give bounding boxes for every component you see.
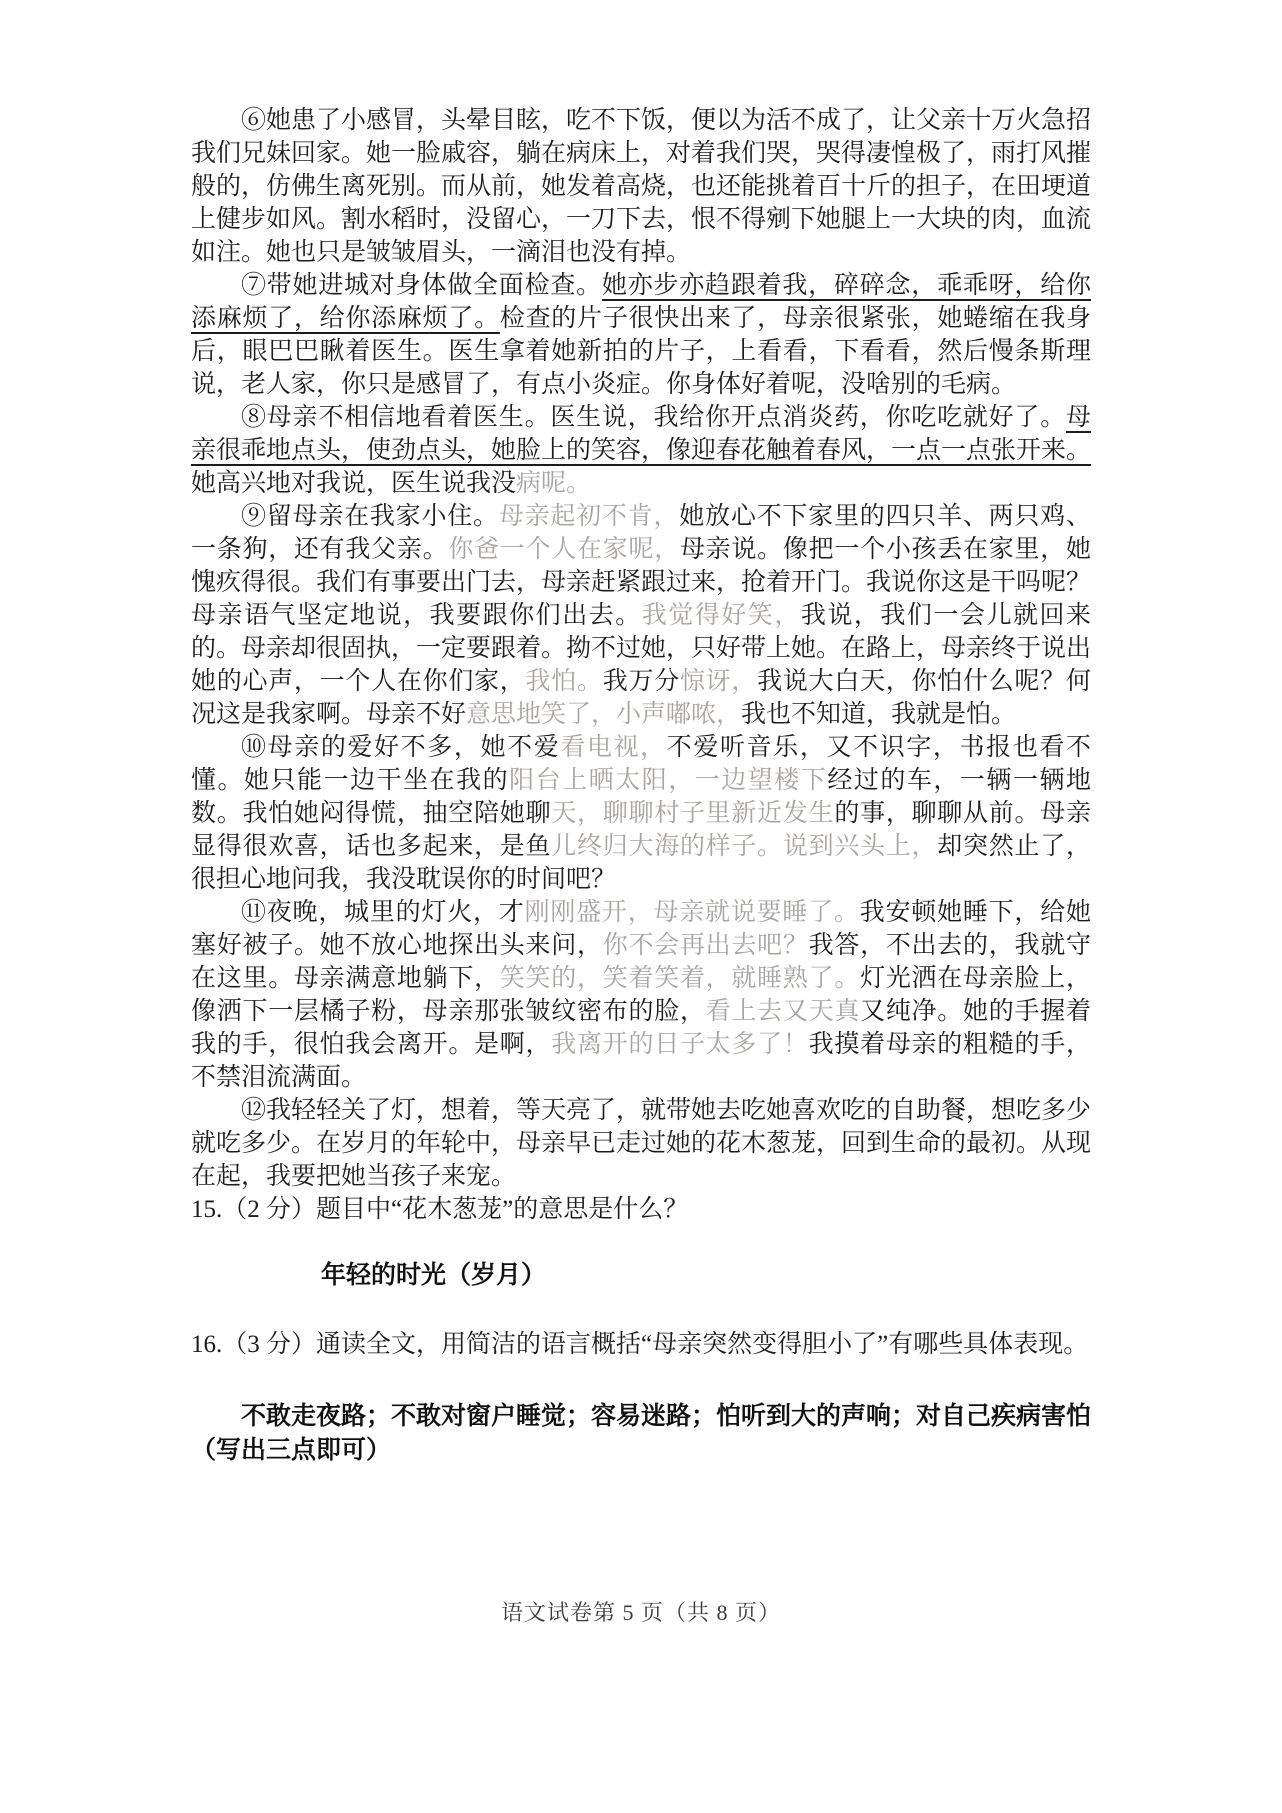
passage-text: ⑦带她进城对身体做全面检查。 [241,272,602,299]
para-7: ⑦带她进城对身体做全面检查。她亦步亦趋跟着我，碎碎念，乖乖呀，给你添麻烦了，给你… [191,269,1091,401]
answer-15: 年轻的时光（岁月） [321,1258,1091,1292]
passage-text: ⑩母亲的爱好不多，她不爱 [241,734,560,761]
passage-text: ⑨留母亲在我家小住。 [241,503,499,530]
passage-text: 看电视， [560,734,666,761]
reading-passage: ⑥她患了小感冒，头晕目眩，吃不下饭，便以为活不成了，让父亲十万火急招我们兄妹回家… [191,104,1091,1193]
para-11: ⑪夜晚，城里的灯火，才刚刚盛开，母亲就说要睡了。我安顿她睡下，给她塞好被子。她不… [191,896,1091,1094]
page-footer: 语文试卷第 5 页（共 8 页） [0,1596,1282,1627]
passage-text: 母亲起初不肯， [499,503,679,530]
passage-text: 我怕。 [526,668,603,695]
passage-text: 看上去又天真 [706,998,860,1025]
page-content: ⑥她患了小感冒，头晕目眩，吃不下饭，便以为活不成了，让父亲十万火急招我们兄妹回家… [191,104,1091,1467]
passage-text: 我觉得好笑， [642,602,801,629]
passage-text: 我万分 [603,668,680,695]
passage-text: 阳台上晒太阳，一边望楼下 [509,767,827,794]
passage-text: ⑫我轻轻关了灯，想着，等天亮了，就带她去吃她喜欢吃的自助餐，想吃多少就吃多少。在… [191,1097,1091,1190]
question-15: 15.（2 分）题目中“花木葱茏”的意思是什么？ [191,1193,1091,1227]
para-10: ⑩母亲的爱好不多，她不爱看电视，不爱听音乐，又不识字，书报也看不懂。她只能一边干… [191,731,1091,896]
para-9: ⑨留母亲在我家小住。母亲起初不肯，她放心不下家里的四只羊、两只鸡、一条狗，还有我… [191,500,1091,731]
passage-text: 刚刚盛开，母亲就说要睡了。 [525,899,860,926]
answer-16: 不敢走夜路；不敢对窗户睡觉；容易迷路；怕听到大的声响；对自己疾病害怕（写出三点即… [191,1399,1091,1467]
passage-text: 病呢。 [516,470,591,497]
para-12: ⑫我轻轻关了灯，想着，等天亮了，就带她去吃她喜欢吃的自助餐，想吃多少就吃多少。在… [191,1094,1091,1193]
passage-text: 她高兴地对我说，医生说我没 [191,470,516,497]
passage-text: 我离开的日子太多了！ [551,1031,808,1058]
passage-text: 你爸一个人在家呢， [448,536,680,563]
para-6: ⑥她患了小感冒，头晕目眩，吃不下饭，便以为活不成了，让父亲十万火急招我们兄妹回家… [191,104,1091,269]
passage-text: 意思地笑了，小声嘟哝， [466,701,741,728]
passage-text: 你不会再出去吧？ [603,932,809,959]
exam-page: ⑥她患了小感冒，头晕目眩，吃不下饭，便以为活不成了，让父亲十万火急招我们兄妹回家… [0,0,1282,1813]
passage-text: 我也不知道，我就是怕。 [741,701,1016,728]
passage-text: 惊讶， [680,668,757,695]
passage-text: ⑧母亲不相信地看着医生。医生说，我给你开点消炎药，你吃吃就好了。 [241,404,1066,431]
question-16: 16.（3 分）通读全文，用简洁的语言概括“母亲突然变得胆小了”有哪些具体表现。 [191,1328,1091,1362]
passage-text: ⑥她患了小感冒，头晕目眩，吃不下饭，便以为活不成了，让父亲十万火急招我们兄妹回家… [191,107,1091,266]
passage-text: 天，聊聊村子里新近发生 [551,800,834,827]
passage-text: 儿终归大海的样子。说到兴头上， [551,833,937,860]
para-8: ⑧母亲不相信地看着医生。医生说，我给你开点消炎药，你吃吃就好了。母亲很乖地点头，… [191,401,1091,500]
passage-text: ⑪夜晚，城里的灯火，才 [241,899,525,926]
passage-text: 笑笑的，笑着笑着，就睡熟了。 [500,965,860,992]
